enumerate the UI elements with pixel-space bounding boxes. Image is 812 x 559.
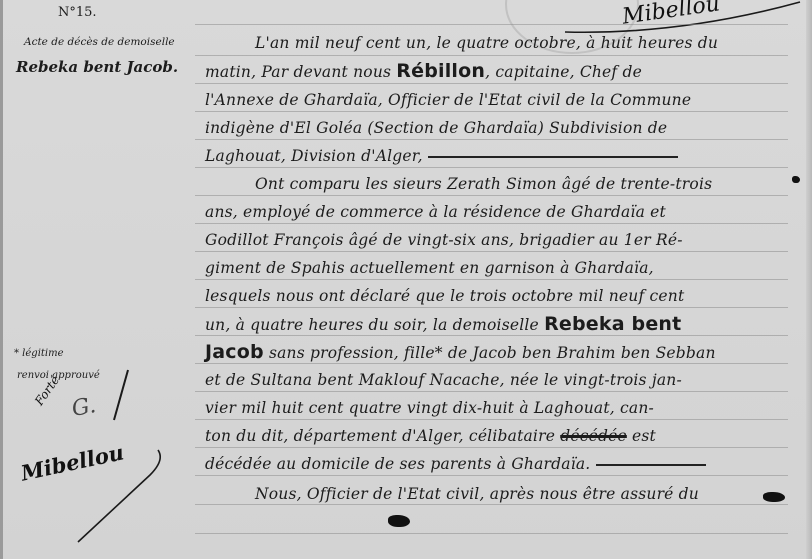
- text-segment: un, à quatre heures du soir, la demoisel…: [205, 316, 544, 334]
- text-segment: est: [627, 427, 656, 445]
- text-line-17: Nous, Officier de l'Etat civil, après no…: [255, 485, 792, 503]
- text-segment: ton du dit, département d'Alger, célibat…: [205, 427, 560, 445]
- text-line-4: indigène d'El Goléa (Section de Ghardaïa…: [205, 119, 792, 137]
- ruled-line: [195, 83, 788, 84]
- ruled-line: [195, 475, 788, 476]
- text-line-11: un, à quatre heures du soir, la demoisel…: [205, 313, 792, 335]
- ruled-line: [195, 251, 788, 252]
- deceased-name: Rebeka bent: [544, 313, 681, 335]
- page-edge-left: [0, 0, 3, 559]
- text-segment: matin, Par devant nous: [205, 63, 396, 81]
- line-filler: [428, 156, 678, 158]
- ruled-line: [195, 223, 788, 224]
- text-segment: décédée au domicile de ses parents à Gha…: [205, 455, 590, 473]
- ink-blot: [763, 492, 785, 502]
- text-segment: vier mil huit cent quatre vingt dix-huit…: [205, 399, 654, 417]
- ruled-line: [195, 111, 788, 112]
- deceased-surname: Jacob: [205, 341, 264, 363]
- ink-blot: [388, 515, 410, 527]
- text-line-6: Ont comparu les sieurs Zerath Simon âgé …: [255, 175, 792, 193]
- ink-blot: [792, 176, 800, 183]
- text-line-10: lesquels nous ont déclaré que le trois o…: [205, 287, 792, 305]
- initials-stroke: [100, 365, 140, 425]
- margin-initials-2: G.: [70, 393, 98, 422]
- text-segment: , capitaine, Chef de: [485, 63, 642, 81]
- text-line-12: Jacob sans profession, fille* de Jacob b…: [205, 341, 792, 363]
- ruled-line: [195, 307, 788, 308]
- text-segment: Laghouat, Division d'Alger,: [205, 147, 423, 165]
- text-line-9: giment de Spahis actuellement en garniso…: [205, 259, 792, 277]
- text-line-7: ans, employé de commerce à la résidence …: [205, 203, 792, 221]
- margin-signature-flourish: [70, 445, 170, 545]
- ruled-line: [195, 533, 788, 534]
- record-number: N°15.: [58, 5, 97, 20]
- margin-title-name: Rebeka bent Jacob.: [16, 58, 178, 76]
- text-segment: Nous, Officier de l'Etat civil, après no…: [255, 485, 699, 503]
- ruled-line: [195, 391, 788, 392]
- text-line-5: Laghouat, Division d'Alger,: [205, 147, 792, 165]
- text-line-16: décédée au domicile de ses parents à Gha…: [205, 455, 792, 473]
- text-segment: et de Sultana bent Maklouf Nacache, née …: [205, 371, 682, 389]
- document-page: Mibellou N°15. Acte de décès de demoisel…: [0, 0, 812, 559]
- margin-note-legitimate: * légitime: [14, 348, 64, 359]
- ruled-line: [195, 279, 788, 280]
- text-segment: lesquels nous ont déclaré que le trois o…: [205, 287, 684, 305]
- text-segment: giment de Spahis actuellement en garniso…: [205, 259, 654, 277]
- ruled-line: [195, 167, 788, 168]
- text-line-13: et de Sultana bent Maklouf Nacache, née …: [205, 371, 792, 389]
- text-segment: sans profession, fille* de Jacob ben Bra…: [264, 344, 716, 362]
- text-line-8: Godillot François âgé de vingt-six ans, …: [205, 231, 792, 249]
- ruled-line: [195, 504, 788, 505]
- ruled-line: [195, 24, 788, 25]
- text-line-15: ton du dit, département d'Alger, célibat…: [205, 427, 792, 445]
- ruled-line: [195, 419, 788, 420]
- ruled-line: [195, 195, 788, 196]
- text-segment: ans, employé de commerce à la résidence …: [205, 203, 666, 221]
- ruled-line: [195, 447, 788, 448]
- text-segment: indigène d'El Goléa (Section de Ghardaïa…: [205, 119, 667, 137]
- ruled-line: [195, 363, 788, 364]
- text-segment: Ont comparu les sieurs Zerath Simon âgé …: [255, 175, 712, 193]
- text-line-3: l'Annexe de Ghardaïa, Officier de l'Etat…: [205, 91, 792, 109]
- page-edge-right: [806, 0, 812, 559]
- ruled-line: [195, 55, 788, 56]
- struck-word: décédée: [560, 427, 627, 445]
- text-line-1: L'an mil neuf cent un, le quatre octobre…: [255, 34, 792, 52]
- line-filler: [596, 464, 706, 466]
- text-segment: L'an mil neuf cent un, le quatre octobre…: [255, 34, 718, 52]
- text-line-14: vier mil huit cent quatre vingt dix-huit…: [205, 399, 792, 417]
- ruled-line: [195, 335, 788, 336]
- text-segment: l'Annexe de Ghardaïa, Officier de l'Etat…: [205, 91, 691, 109]
- text-segment: Godillot François âgé de vingt-six ans, …: [205, 231, 683, 249]
- text-line-2: matin, Par devant nous Rébillon, capitai…: [205, 60, 792, 82]
- ruled-line: [195, 139, 788, 140]
- officer-name: Rébillon: [396, 60, 485, 82]
- margin-title-line1: Acte de décès de demoiselle: [24, 36, 175, 48]
